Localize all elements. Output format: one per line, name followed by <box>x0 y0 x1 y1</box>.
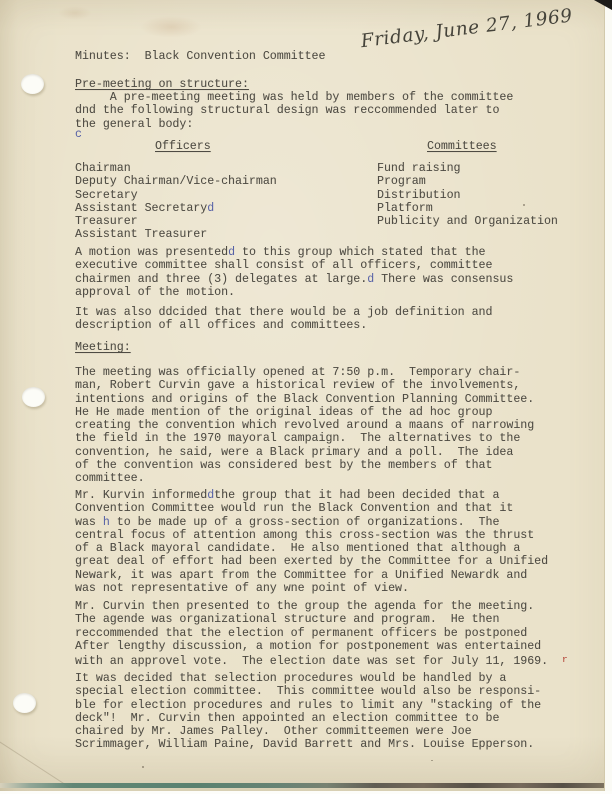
paragraph-motion: A motion was presentedd to this group wh… <box>75 246 513 299</box>
list-item: Treasurer <box>75 215 277 228</box>
paragraph-convention-committee: Mr. Kurvin informeddthe group that it ha… <box>75 489 548 595</box>
section-heading-meeting: Meeting: <box>75 341 131 354</box>
bottom-scan-band <box>0 783 605 788</box>
list-item: Assistant Treasurer <box>75 228 277 241</box>
stray-correction-char: c <box>75 128 82 141</box>
list-item: Chairman <box>75 162 277 175</box>
officers-list: ChairmanDeputy Chairman/Vice-chairmanSec… <box>75 162 277 242</box>
punch-hole-middle <box>22 387 45 407</box>
list-item: Secretary <box>75 189 277 202</box>
list-item: Assistant Secretaryd <box>75 202 277 215</box>
paragraph-meeting-open: The meeting was officially opened at 7:5… <box>75 366 534 486</box>
paragraph-job-definition: It was also ddcided that there would be … <box>75 306 492 333</box>
paper-stain <box>140 16 202 38</box>
paragraph-agenda: Mr. Curvin then presented to the group t… <box>75 600 568 668</box>
list-item: Platform <box>377 202 558 215</box>
committees-column-heading: Committees <box>427 140 497 153</box>
paper-crease-line <box>0 741 70 788</box>
list-item: Distribution <box>377 189 558 202</box>
list-item: Fund raising <box>377 162 558 175</box>
list-item: Deputy Chairman/Vice-chairman <box>75 175 277 188</box>
section-heading-pre-meeting: Pre-meeting on structure: <box>75 78 249 91</box>
ink-speck <box>431 760 433 761</box>
list-item: Publicity and Organization <box>377 215 558 228</box>
paper-stain <box>58 6 92 20</box>
paragraph-election-procedures: It was decided that selection procedures… <box>75 672 541 752</box>
ink-speck <box>142 766 144 768</box>
page-right-edge <box>604 0 612 794</box>
committees-list: Fund raisingProgramDistributionPlatformP… <box>377 162 558 228</box>
punch-hole-bottom <box>13 693 36 713</box>
document-title: Minutes: Black Convention Committee <box>75 50 325 63</box>
intro-paragraph: A pre-meeting meeting was held by member… <box>75 91 513 131</box>
document-page: Friday, June 27, 1969 Minutes: Black Con… <box>0 0 605 791</box>
list-item: Program <box>377 175 558 188</box>
scan-background: Friday, June 27, 1969 Minutes: Black Con… <box>0 0 612 794</box>
punch-hole-top <box>21 74 44 94</box>
officers-column-heading: Officers <box>155 140 211 153</box>
handwritten-date: Friday, June 27, 1969 <box>360 1 611 52</box>
